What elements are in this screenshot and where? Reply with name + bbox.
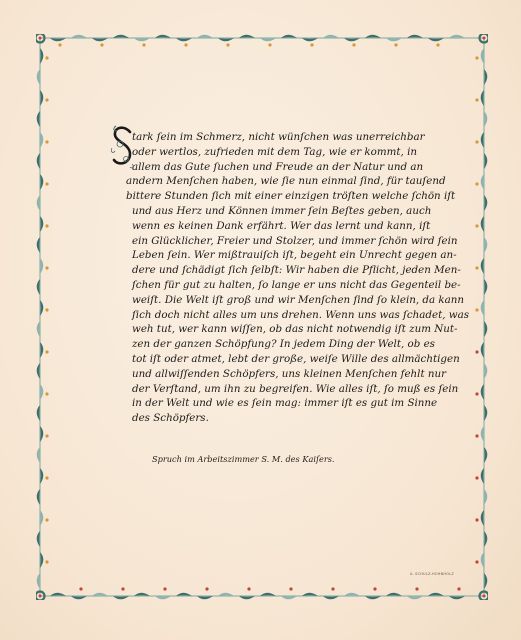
- motto-text: tark ſein im Schmerz, nicht wünſchen was…: [132, 130, 408, 426]
- text-line: tark ſein im Schmerz, nicht wünſchen was…: [132, 130, 408, 145]
- text-line: des Schöpfers.: [132, 411, 408, 426]
- text-line: weh tut, wer kann wiſſen, ob das nicht n…: [132, 322, 408, 337]
- text-line: in der Welt und wie es ſein mag: immer i…: [132, 396, 408, 411]
- paper-sheet: tark ſein im Schmerz, nicht wünſchen was…: [0, 0, 521, 640]
- text-line: und allwiſſenden Schöpfers, uns kleinen …: [132, 367, 408, 382]
- text-line: ſchen für gut zu halten, ſo lange er uns…: [132, 278, 408, 293]
- text-line: ſich doch nicht alles um uns drehen. Wen…: [132, 308, 408, 323]
- text-line: bittere Stunden ſich mit einer einzigen …: [126, 189, 408, 204]
- text-line: wenn es keinen Dank erfährt. Wer das ler…: [132, 219, 408, 234]
- artist-signature: A. SCHULZ-HOHNHOLZ: [410, 572, 454, 576]
- text-line: und aus Herz und Können immer ſein Beſte…: [132, 204, 408, 219]
- text-line: dere und ſchädigt ſich ſelbſt: Wir haben…: [132, 263, 408, 278]
- decorated-initial-s-icon: [110, 124, 136, 170]
- text-line: allem das Gute ſuchen und Freude an der …: [132, 160, 408, 175]
- text-line: tot iſt oder atmet, lebt der große, weiſ…: [132, 352, 408, 367]
- text-line: oder wertlos, zufrieden mit dem Tag, wie…: [132, 145, 408, 160]
- text-line: Leben ſein. Wer mißtrauiſch iſt, begeht …: [132, 248, 408, 263]
- text-line: zen der ganzen Schöpfung? In jedem Ding …: [132, 337, 408, 352]
- caption: Spruch im Arbeitszimmer S. M. des Kaiſer…: [152, 454, 335, 464]
- text-line: andern Menſchen haben, wie ſie nun einma…: [126, 174, 408, 189]
- text-line: weiſt. Die Welt iſt groß und wir Menſche…: [132, 293, 408, 308]
- text-line: ein Glücklicher, Freier und Stolzer, und…: [132, 234, 408, 249]
- text-line: der Verſtand, um ihn zu begreifen. Wie a…: [132, 382, 408, 397]
